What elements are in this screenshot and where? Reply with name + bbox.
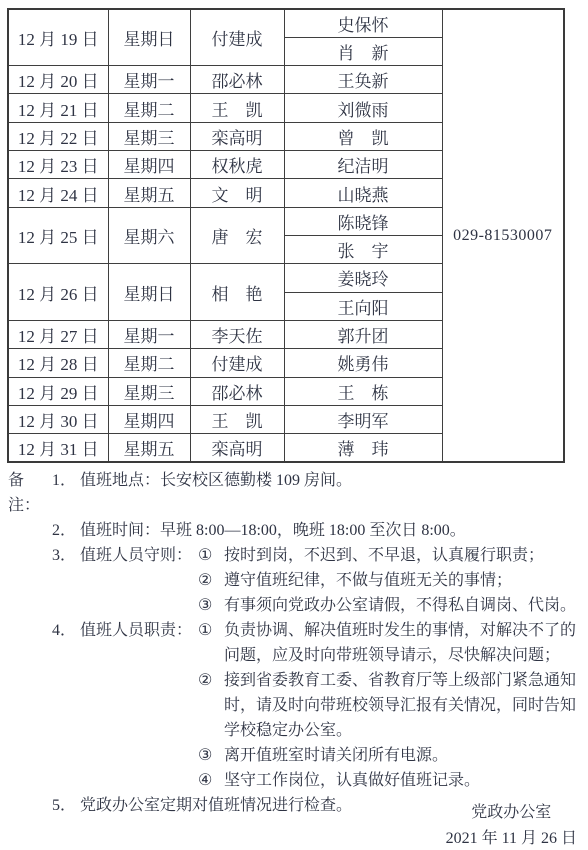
sub-item-marker: ① (198, 543, 224, 568)
note-text: 值班地点：长安校区德勤楼 109 房间。 (80, 468, 580, 493)
weekday-cell: 星期一 (108, 66, 190, 94)
staff-cell: 纪洁明 (284, 151, 442, 179)
staff-cell: 姜晓玲 (284, 264, 442, 292)
sub-item: ② 遵守值班纪律，不做与值班无关的事情； (198, 568, 580, 593)
date-cell: 12 月 31 日 (8, 434, 108, 462)
leader-cell: 付建成 (190, 9, 284, 66)
note-item-4: 4． 值班人员职责： ① 负责协调、解决值班时发生的事情，对解决不了的问题，应及… (52, 618, 580, 793)
leader-cell: 权秋虎 (190, 151, 284, 179)
leader-cell: 栾高明 (190, 122, 284, 150)
notes-label: 备注： (8, 468, 52, 518)
note-text: 值班时间：早班 8:00—18:00，晚班 18:00 至次日 8:00。 (80, 518, 580, 543)
weekday-cell: 星期日 (108, 9, 190, 66)
note-item-3: 3． 值班人员守则： ① 按时到岗，不迟到、不早退，认真履行职责； ② 遵守值班… (52, 543, 580, 618)
phone-cell: 029-81530007 (442, 9, 564, 462)
sub-item: ① 负责协调、解决值班时发生的事情，对解决不了的问题，应及时向带班领导请示，尽快… (198, 618, 580, 668)
date-cell: 12 月 29 日 (8, 377, 108, 405)
staff-cell: 薄 玮 (284, 434, 442, 462)
sub-item-marker: ③ (198, 593, 224, 618)
staff-cell: 郭升团 (284, 320, 442, 348)
sub-item-marker: ② (198, 568, 224, 593)
leader-cell: 唐 宏 (190, 207, 284, 264)
staff-cell: 姚勇伟 (284, 349, 442, 377)
date-cell: 12 月 27 日 (8, 320, 108, 348)
note-number: 2． (52, 518, 80, 543)
weekday-cell: 星期四 (108, 151, 190, 179)
staff-cell: 王奂新 (284, 66, 442, 94)
note-item-1: 备注： 1． 值班地点：长安校区德勤楼 109 房间。 (8, 468, 580, 518)
sub-item-text: 坚守工作岗位，认真做好值班记录。 (224, 768, 580, 793)
leader-cell: 王 凯 (190, 94, 284, 122)
sub-item-marker: ④ (198, 768, 224, 793)
note-item-label: 值班人员守则： (80, 543, 192, 568)
weekday-cell: 星期二 (108, 94, 190, 122)
sub-item-marker: ③ (198, 743, 224, 768)
staff-cell: 王 栋 (284, 377, 442, 405)
note-number: 3． (52, 543, 80, 568)
weekday-cell: 星期四 (108, 405, 190, 433)
weekday-cell: 星期二 (108, 349, 190, 377)
signature-org: 党政办公室 (446, 800, 577, 826)
leader-cell: 栾高明 (190, 434, 284, 462)
notes-section: 备注： 1． 值班地点：长安校区德勤楼 109 房间。 2． 值班时间：早班 8… (8, 468, 580, 818)
note-item-label: 值班人员职责： (80, 618, 192, 643)
signature-block: 党政办公室 2021 年 11 月 26 日 (446, 800, 577, 850)
weekday-cell: 星期日 (108, 264, 190, 321)
sub-item-marker: ① (198, 618, 224, 643)
sub-item: ② 接到省委教育工委、省教育厅等上级部门紧急通知时，请及时向带班校领导汇报有关情… (198, 668, 580, 743)
sub-item-marker: ② (198, 668, 224, 693)
staff-cell: 山晓燕 (284, 179, 442, 207)
note-item-2: 2． 值班时间：早班 8:00—18:00，晚班 18:00 至次日 8:00。 (52, 518, 580, 543)
leader-cell: 李天佐 (190, 320, 284, 348)
sub-item: ④ 坚守工作岗位，认真做好值班记录。 (198, 768, 580, 793)
sub-item: ③ 离开值班室时请关闭所有电源。 (198, 743, 580, 768)
leader-cell: 邵必林 (190, 377, 284, 405)
leader-cell: 邵必林 (190, 66, 284, 94)
note-number: 4． (52, 618, 80, 643)
date-cell: 12 月 25 日 (8, 207, 108, 264)
weekday-cell: 星期三 (108, 377, 190, 405)
date-cell: 12 月 22 日 (8, 122, 108, 150)
note-number: 5． (52, 793, 80, 818)
staff-cell: 王向阳 (284, 292, 442, 320)
date-cell: 12 月 21 日 (8, 94, 108, 122)
staff-cell: 肖 新 (284, 37, 442, 65)
sub-item-text: 按时到岗，不迟到、不早退，认真履行职责； (224, 543, 580, 568)
date-cell: 12 月 24 日 (8, 179, 108, 207)
sub-item-text: 有事须向党政办公室请假，不得私自调岗、代岗。 (224, 593, 580, 618)
date-cell: 12 月 23 日 (8, 151, 108, 179)
date-cell: 12 月 30 日 (8, 405, 108, 433)
weekday-cell: 星期五 (108, 434, 190, 462)
leader-cell: 文 明 (190, 179, 284, 207)
date-cell: 12 月 20 日 (8, 66, 108, 94)
sub-item: ① 按时到岗，不迟到、不早退，认真履行职责； (198, 543, 580, 568)
sub-item-text: 负责协调、解决值班时发生的事情，对解决不了的问题，应及时向带班领导请示，尽快解决… (224, 618, 580, 668)
leader-cell: 付建成 (190, 349, 284, 377)
date-cell: 12 月 26 日 (8, 264, 108, 321)
weekday-cell: 星期一 (108, 320, 190, 348)
staff-cell: 史保怀 (284, 9, 442, 37)
weekday-cell: 星期三 (108, 122, 190, 150)
leader-cell: 相 艳 (190, 264, 284, 321)
sub-item: ③ 有事须向党政办公室请假，不得私自调岗、代岗。 (198, 593, 580, 618)
date-cell: 12 月 19 日 (8, 9, 108, 66)
weekday-cell: 星期六 (108, 207, 190, 264)
duty-roster-document: 12 月 19 日 星期日 付建成 史保怀 029-81530007 肖 新 1… (0, 0, 588, 850)
sub-item-text: 离开值班室时请关闭所有电源。 (224, 743, 580, 768)
staff-cell: 张 宇 (284, 236, 442, 264)
leader-cell: 王 凯 (190, 405, 284, 433)
weekday-cell: 星期五 (108, 179, 190, 207)
sub-item-text: 接到省委教育工委、省教育厅等上级部门紧急通知时，请及时向带班校领导汇报有关情况，… (224, 668, 580, 743)
date-cell: 12 月 28 日 (8, 349, 108, 377)
duty-roster-table: 12 月 19 日 星期日 付建成 史保怀 029-81530007 肖 新 1… (7, 8, 565, 463)
signature-date: 2021 年 11 月 26 日 (446, 826, 577, 850)
staff-cell: 李明军 (284, 405, 442, 433)
staff-cell: 刘微雨 (284, 94, 442, 122)
table-row: 12 月 19 日 星期日 付建成 史保怀 029-81530007 (8, 9, 564, 37)
staff-cell: 陈晓锋 (284, 207, 442, 235)
staff-cell: 曾 凯 (284, 122, 442, 150)
sub-item-text: 遵守值班纪律，不做与值班无关的事情； (224, 568, 580, 593)
note-number: 1． (52, 468, 80, 493)
